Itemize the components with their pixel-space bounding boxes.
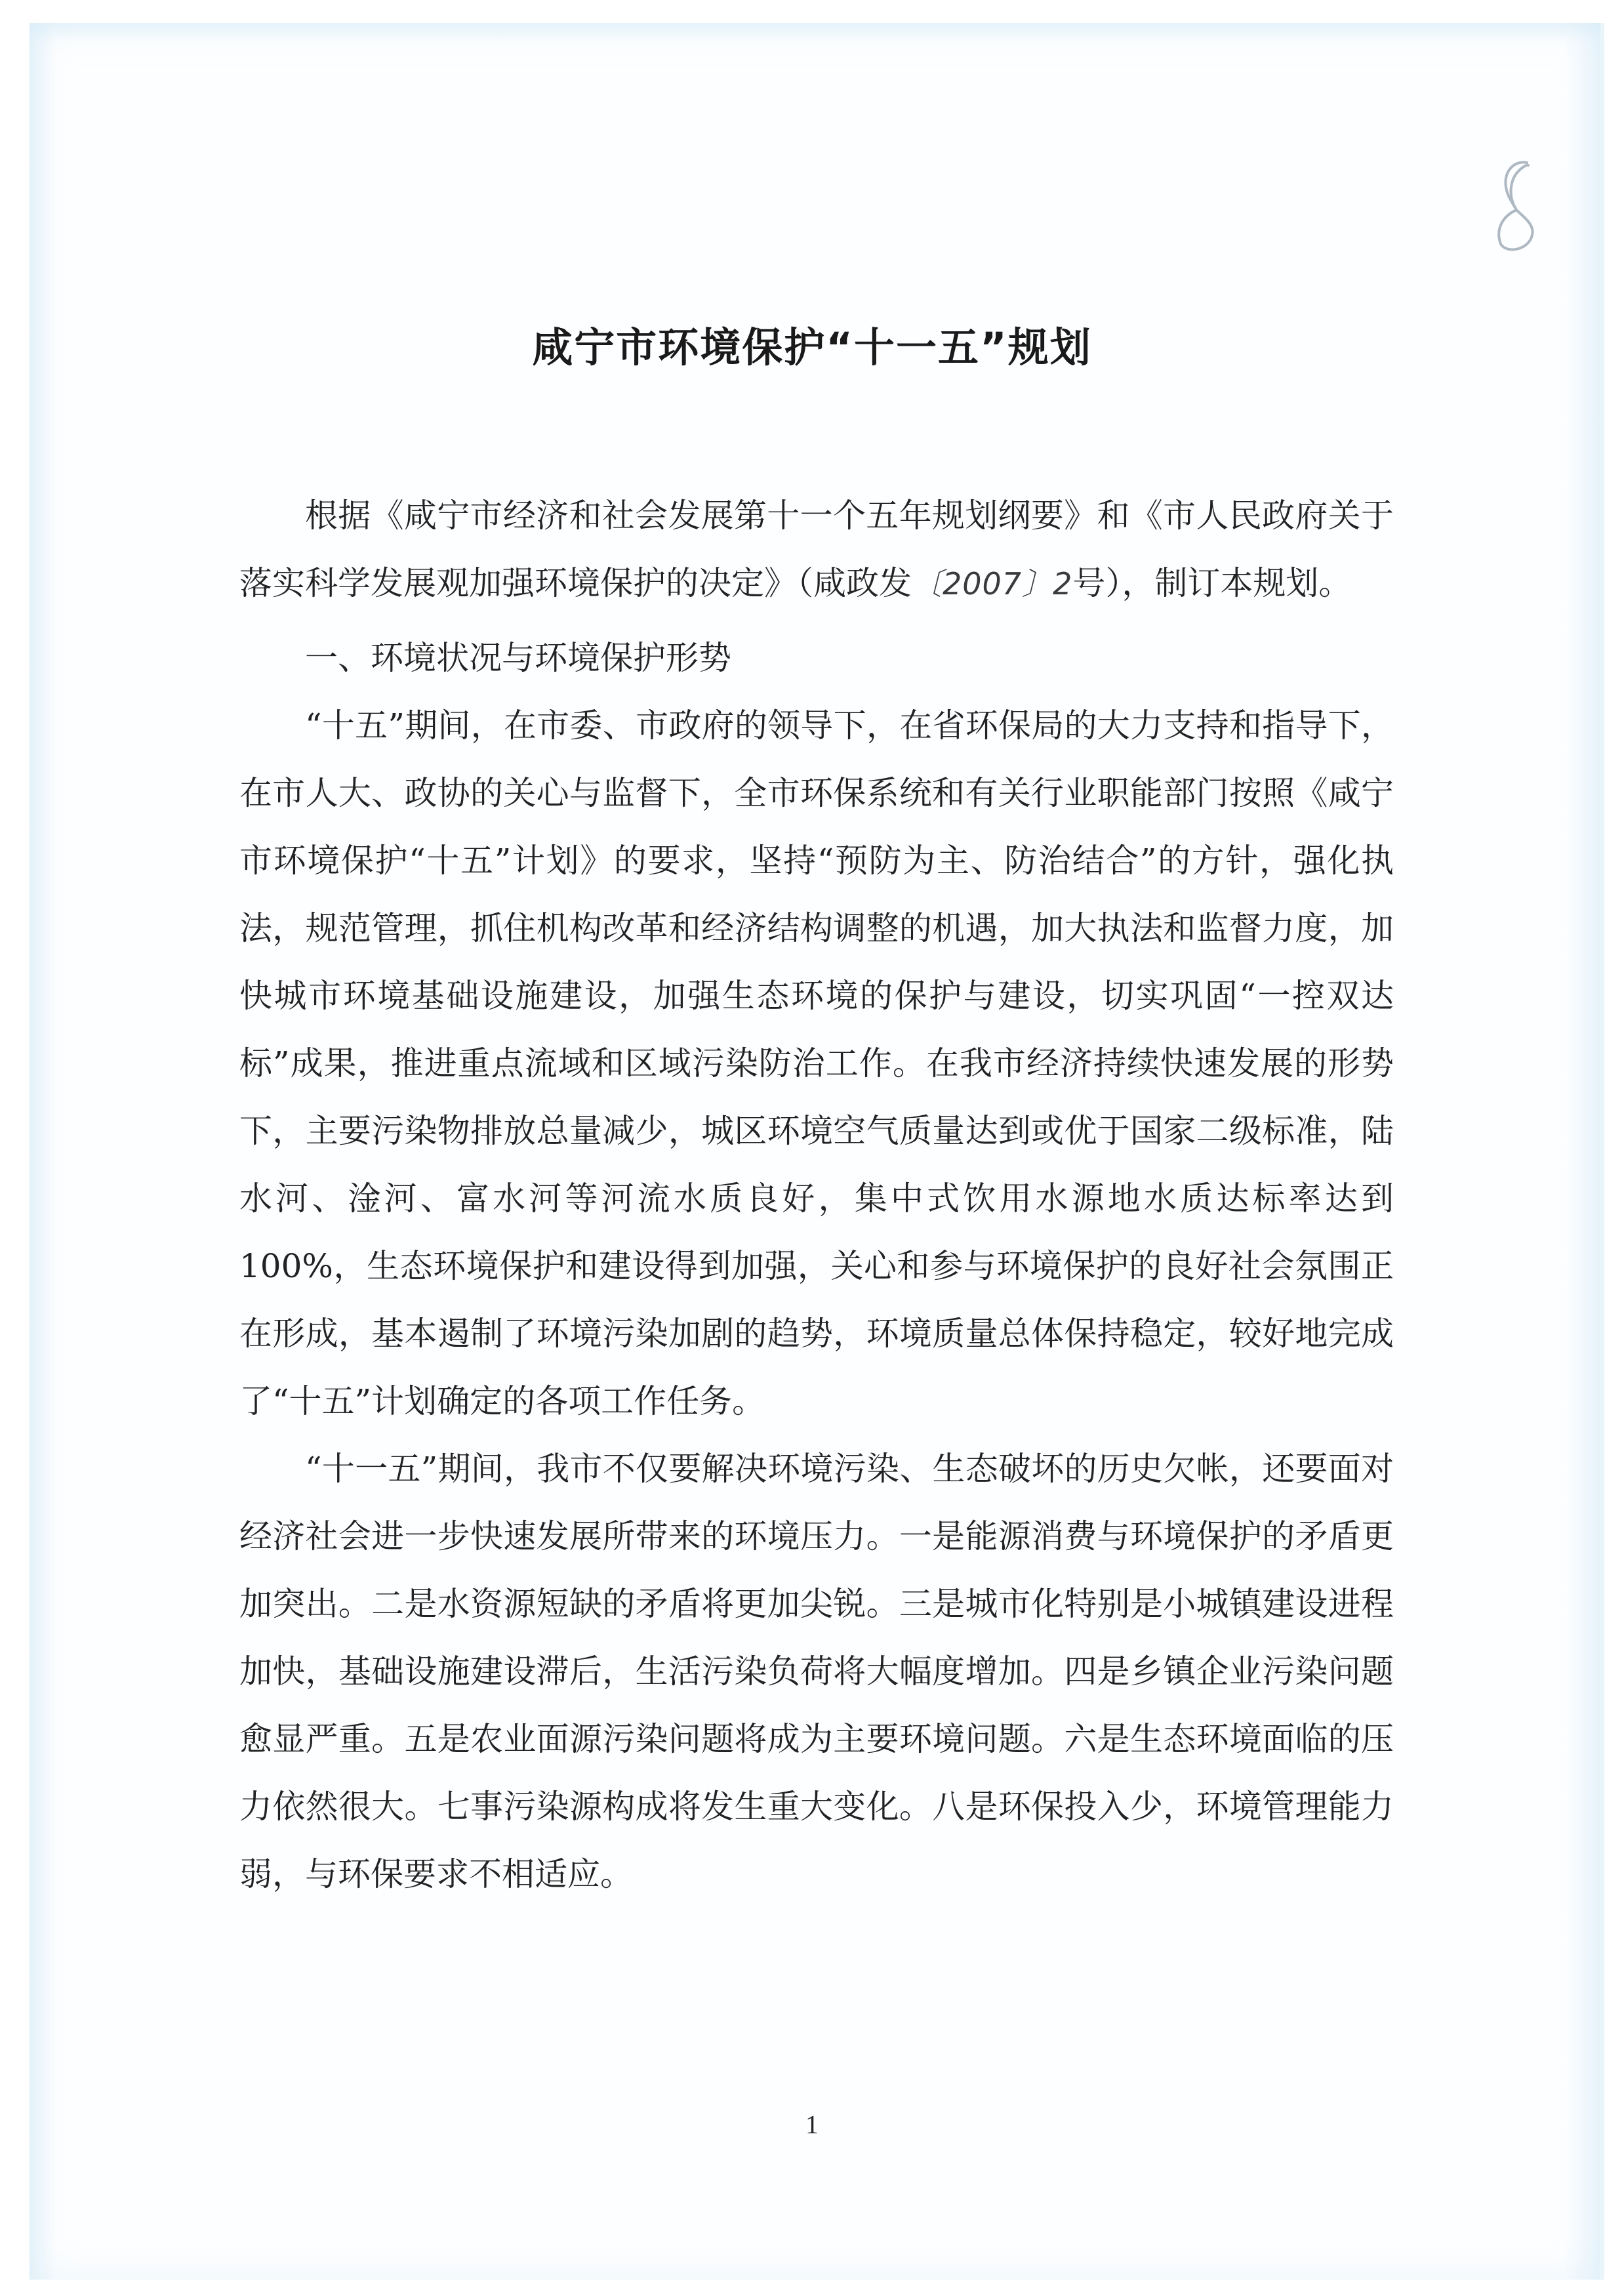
scan-edge-top [30,23,1600,43]
handwritten-page-mark [1489,157,1548,256]
document-body: 根据《咸宁市经济和社会发展第十一个五年规划纲要》和《市人民政府关于落实科学发展观… [239,482,1394,1908]
handwritten-eight-icon [1489,157,1548,256]
intro-text-after: 号），制订本规划。 [1072,564,1351,602]
body-paragraph: “十一五”期间，我市不仅要解决环境污染、生态破坏的历史欠帐，还要面对经济社会进一… [239,1435,1394,1908]
section-heading: 一、环境状况与环境保护形势 [239,625,1394,692]
document-title: 咸宁市环境保护“十一五”规划 [0,315,1624,380]
handwritten-doc-number: 〔2007〕2 [912,566,1072,602]
body-paragraph: “十五”期间，在市委、市政府的领导下，在省环保局的大力支持和指导下，在市人大、政… [239,692,1394,1435]
page-number: 1 [0,2109,1624,2140]
intro-paragraph: 根据《咸宁市经济和社会发展第十一个五年规划纲要》和《市人民政府关于落实科学发展观… [239,482,1394,618]
